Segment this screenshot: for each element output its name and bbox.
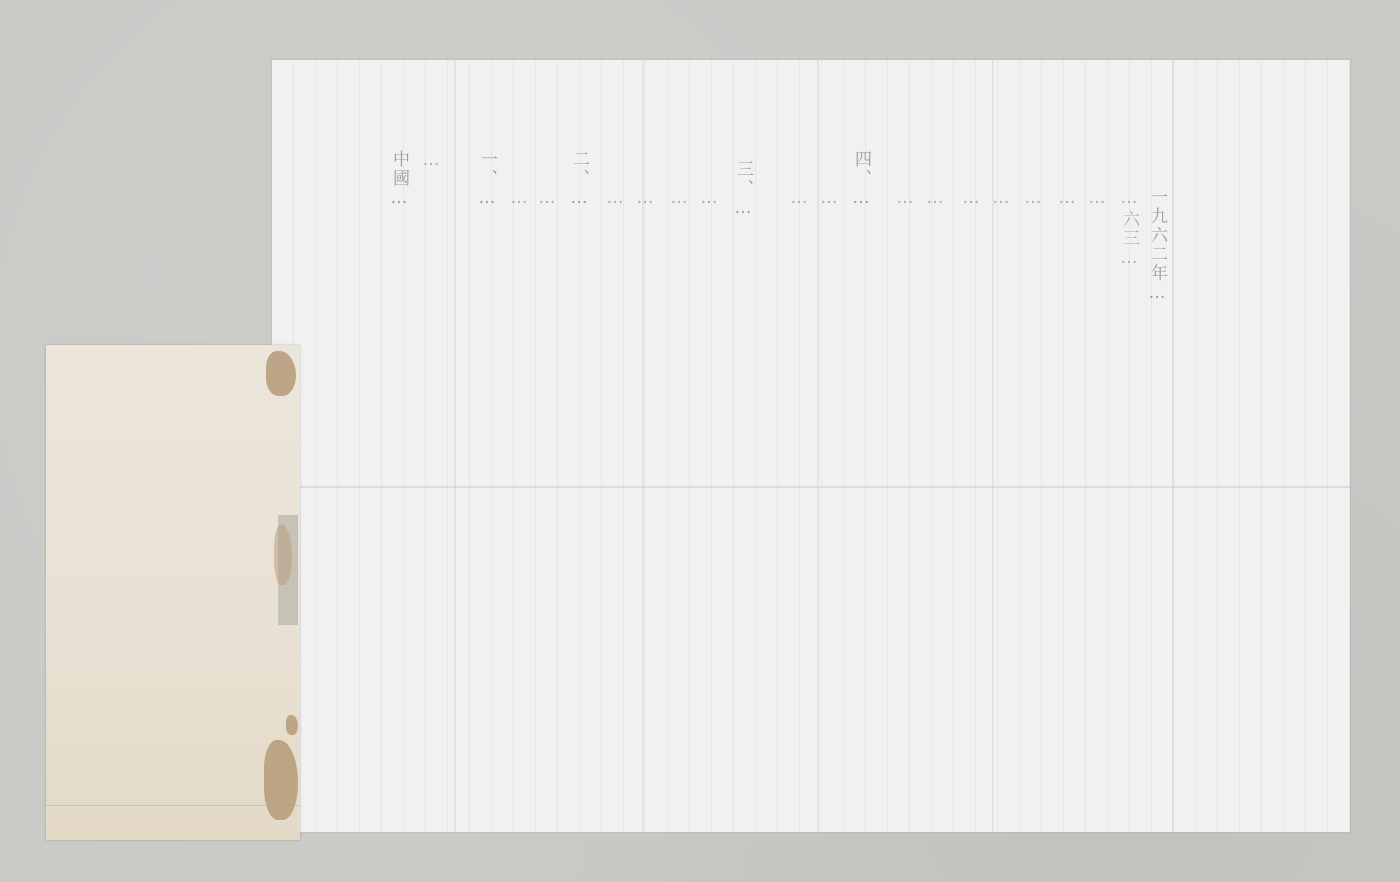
handwritten-letter: 一九六二年… …六三… … … … … … … … 四、… … … 三、… … … [272,60,1350,832]
stain [266,351,296,396]
text-column: … [992,188,1009,368]
text-column: … [1058,188,1075,388]
fold-line [817,60,819,832]
fold-line [454,60,456,832]
fold-line [992,60,994,832]
text-column: … [422,150,439,800]
section-four: 四、… [852,150,869,750]
text-column: … [670,188,687,788]
text-column: … [820,188,837,788]
envelope [46,345,300,840]
stain [264,740,298,820]
text-column: … [636,188,653,788]
text-column: … [538,188,555,788]
text-column: … [790,188,807,788]
text-column: … [896,188,913,788]
text-column: …六三… [1120,188,1137,488]
text-column: … [700,188,717,788]
stain [286,715,298,735]
text-column: … [926,188,943,788]
text-column: … [606,188,623,788]
text-column: … [1088,188,1105,388]
text-column: … [962,188,979,368]
text-column: 中國… [390,150,407,800]
section-one: 一、… [478,150,495,750]
envelope-fold [46,805,300,806]
fold-line [1172,60,1174,832]
section-three: 三、… [734,160,751,760]
section-two: 二、… [570,150,587,750]
text-column: … [1024,188,1041,368]
text-column: 一九六二年… [1148,188,1165,488]
text-column: … [510,188,527,788]
